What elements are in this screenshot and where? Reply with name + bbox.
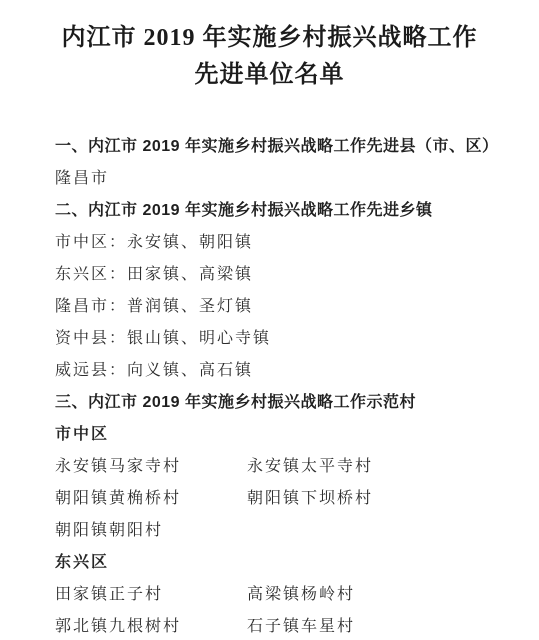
village-cell: 永安镇马家寺村 — [55, 451, 247, 483]
group-heading-dongxing-district: 东兴区 — [55, 547, 509, 579]
village-cell: 永安镇太平寺村 — [247, 451, 509, 483]
section-1-heading: 一、内江市 2019 年实施乡村振兴战略工作先进县（市、区） — [55, 131, 509, 163]
section-2-item: 东兴区：田家镇、高梁镇 — [55, 259, 509, 291]
village-row: 朝阳镇黄桷桥村 朝阳镇下坝桥村 — [55, 483, 509, 515]
document-body: 一、内江市 2019 年实施乡村振兴战略工作先进县（市、区） 隆昌市 二、内江市… — [0, 131, 539, 640]
document-title-line-1: 内江市 2019 年实施乡村振兴战略工作 — [0, 20, 539, 57]
village-row: 郭北镇九根树村 石子镇车星村 — [55, 611, 509, 640]
section-2-heading: 二、内江市 2019 年实施乡村振兴战略工作先进乡镇 — [55, 195, 509, 227]
section-3-heading: 三、内江市 2019 年实施乡村振兴战略工作示范村 — [55, 387, 509, 419]
village-cell: 郭北镇九根树村 — [55, 611, 247, 640]
village-cell: 朝阳镇黄桷桥村 — [55, 483, 247, 515]
section-2-item: 隆昌市：普润镇、圣灯镇 — [55, 291, 509, 323]
section-2-item: 市中区：永安镇、朝阳镇 — [55, 227, 509, 259]
village-row: 永安镇马家寺村 永安镇太平寺村 — [55, 451, 509, 483]
village-cell: 田家镇正子村 — [55, 579, 247, 611]
section-1-item: 隆昌市 — [55, 163, 509, 195]
village-cell: 高梁镇杨岭村 — [247, 579, 509, 611]
section-2-item: 威远县：向义镇、高石镇 — [55, 355, 509, 387]
village-row: 田家镇正子村 高梁镇杨岭村 — [55, 579, 509, 611]
village-cell — [247, 515, 509, 547]
document-title: 内江市 2019 年实施乡村振兴战略工作 先进单位名单 — [0, 0, 539, 94]
village-row: 朝阳镇朝阳村 — [55, 515, 509, 547]
village-cell: 朝阳镇朝阳村 — [55, 515, 247, 547]
section-2-item: 资中县：银山镇、明心寺镇 — [55, 323, 509, 355]
group-heading-shizhong-district: 市中区 — [55, 419, 509, 451]
document-page: 内江市 2019 年实施乡村振兴战略工作 先进单位名单 一、内江市 2019 年… — [0, 0, 539, 640]
village-cell: 朝阳镇下坝桥村 — [247, 483, 509, 515]
document-title-line-2: 先进单位名单 — [0, 57, 539, 94]
village-cell: 石子镇车星村 — [247, 611, 509, 640]
